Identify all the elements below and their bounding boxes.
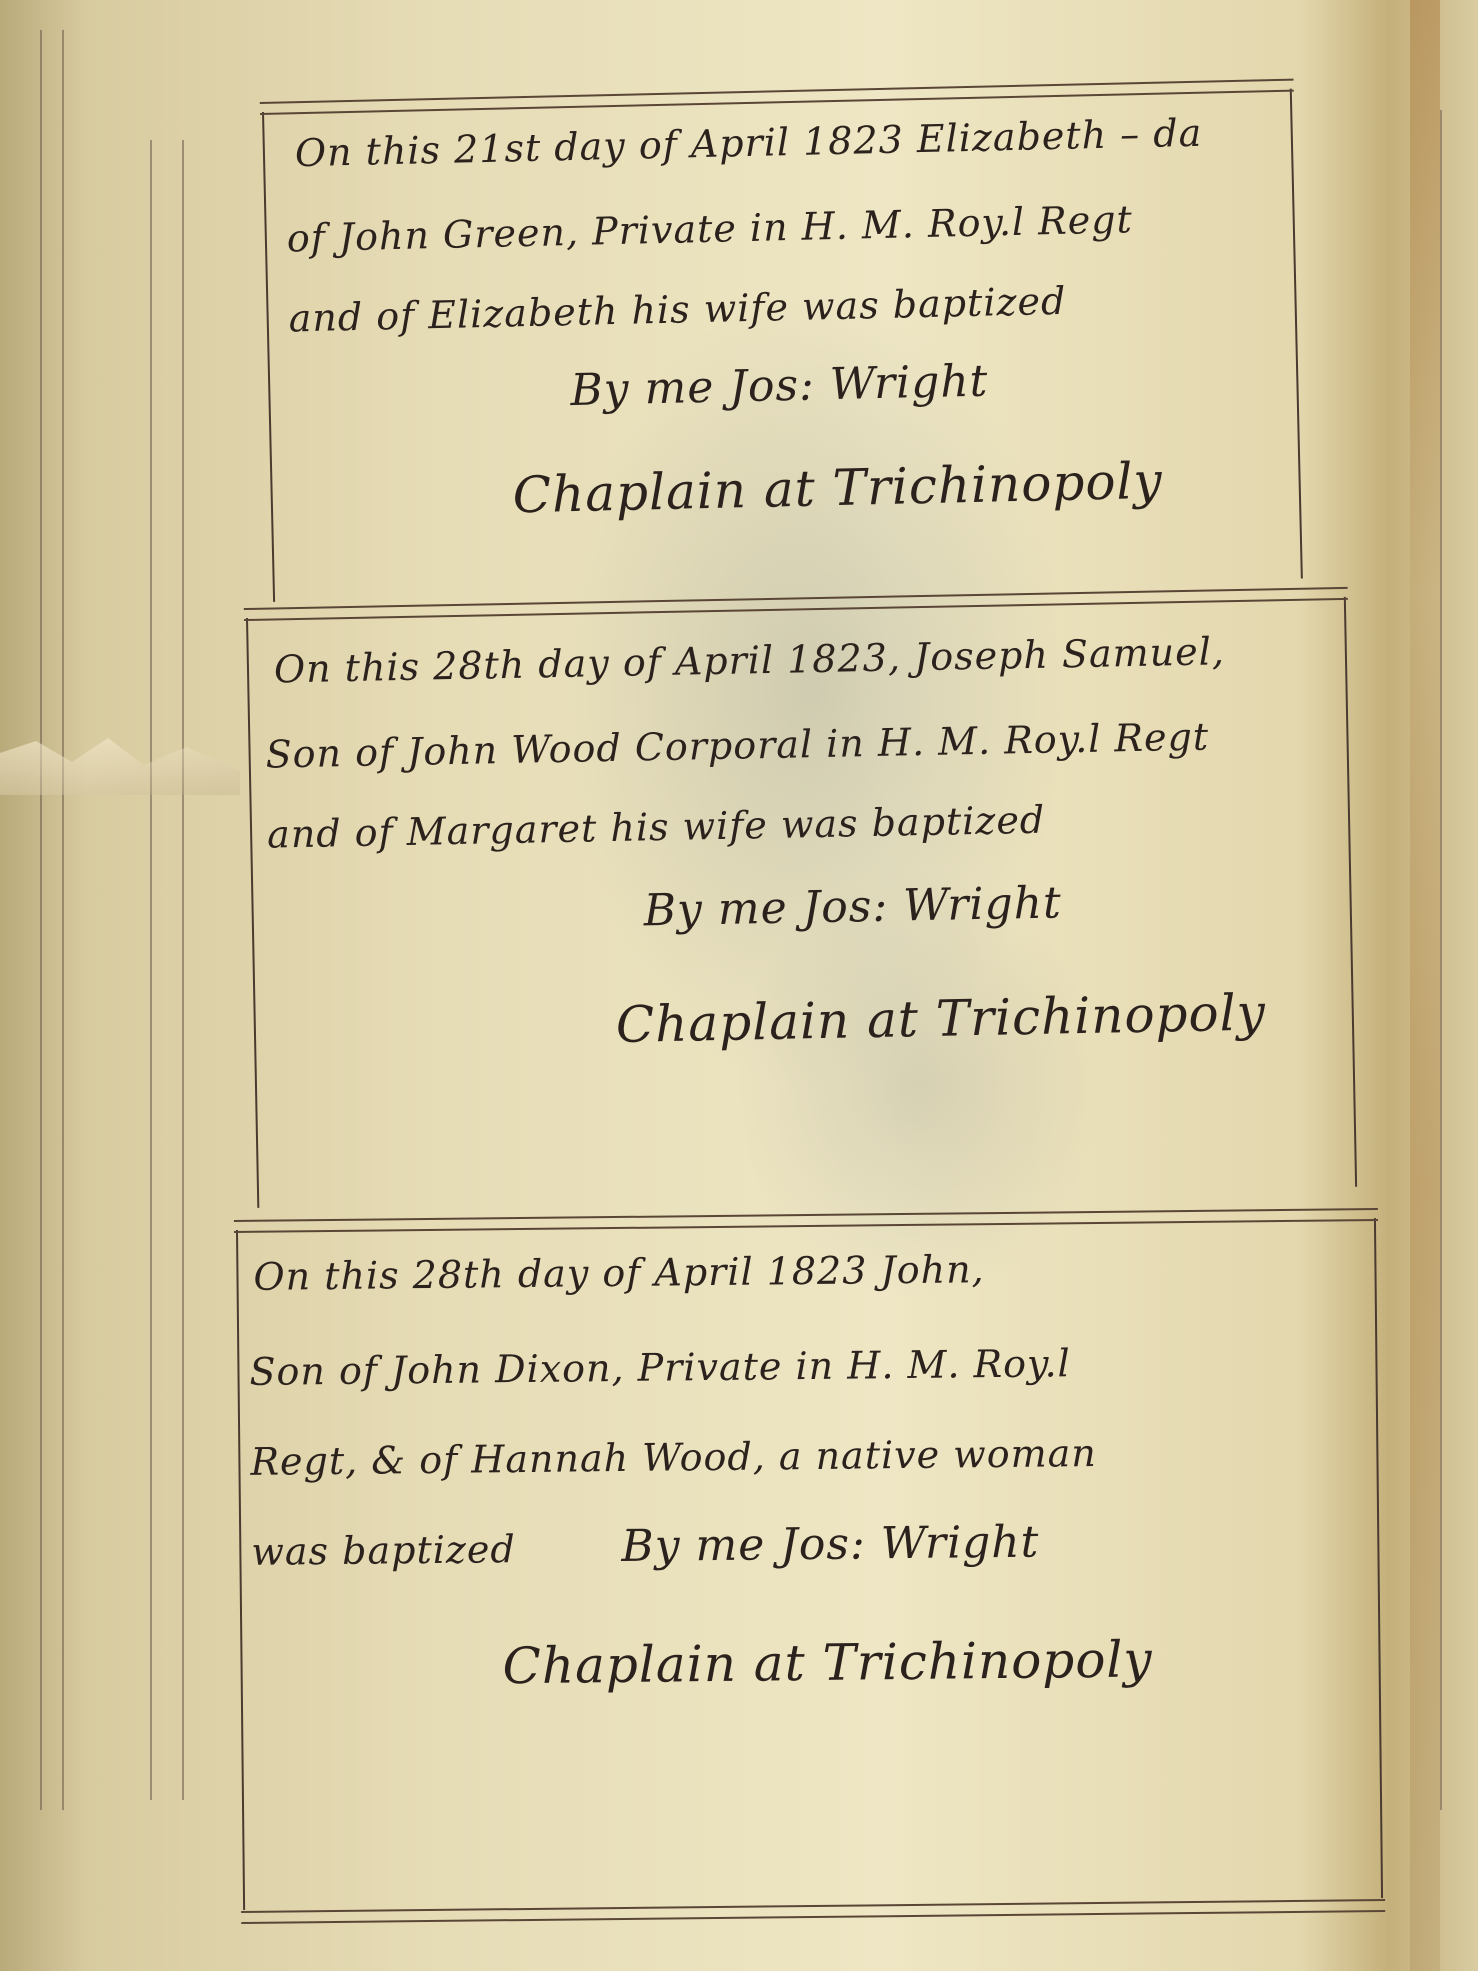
- entry-1-line-2: of John Green, Private in H. M. Roy.l Re…: [286, 197, 1133, 260]
- entry-2-chaplain-title: Chaplain at Trichinopoly: [615, 984, 1266, 1054]
- baptism-entry-2: On this 28th day of April 1823, Joseph S…: [246, 597, 1357, 1208]
- entry-2-line-1: On this 28th day of April 1823, Joseph S…: [274, 629, 1226, 691]
- entry-1-chaplain-title: Chaplain at Trichinopoly: [512, 452, 1163, 525]
- baptism-entry-1: On this 21st day of April 1823 Elizabeth…: [262, 89, 1303, 602]
- entry-1-line-3: and of Elizabeth his wife was baptized: [288, 279, 1067, 341]
- entry-2-signature: By me Jos: Wright: [643, 877, 1062, 936]
- entry-3-chaplain-title: Chaplain at Trichinopoly: [502, 1630, 1153, 1695]
- entry-3-line-3: Regt, & of Hannah Wood, a native woman: [250, 1431, 1097, 1484]
- entry-3-line-4: was baptized: [251, 1527, 516, 1574]
- entry-3-line-1: On this 28th day of April 1823 John,: [253, 1247, 985, 1299]
- entry-1-signature: By me Jos: Wright: [570, 356, 989, 416]
- entry-3-signature: By me Jos: Wright: [621, 1517, 1039, 1572]
- register-page: On this 21st day of April 1823 Elizabeth…: [0, 0, 1478, 1971]
- entry-2-line-3: and of Margaret his wife was baptized: [267, 798, 1046, 857]
- baptism-entry-3: On this 28th day of April 1823 John, Son…: [236, 1218, 1383, 1910]
- entry-2-line-2: Son of John Wood Corporal in H. M. Roy.l…: [265, 715, 1209, 777]
- entry-1-line-1: On this 21st day of April 1823 Elizabeth…: [294, 111, 1202, 176]
- entry-3-line-2: Son of John Dixon, Private in H. M. Roy.…: [249, 1341, 1071, 1394]
